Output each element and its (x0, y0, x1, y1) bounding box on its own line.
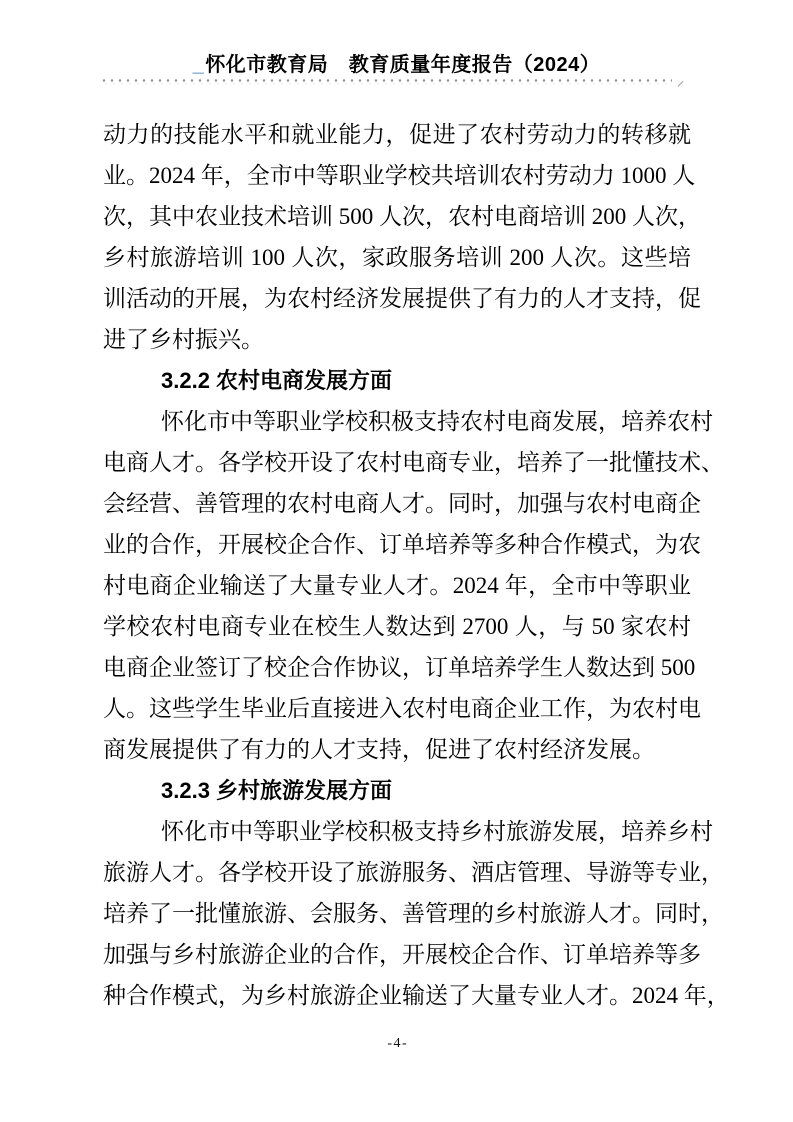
text-line: 进了乡村振兴。 (103, 319, 691, 360)
text-line: 学校农村电商专业在校生人数达到 2700 人，与 50 家农村 (103, 606, 691, 647)
page-number: - 4 - (387, 1036, 405, 1051)
header-underscore-mark: _ (193, 54, 205, 76)
body-paragraph: 动力的技能水平和就业能力，促进了农村劳动力的转移就业。2024 年，全市中等职业… (103, 114, 691, 360)
body-paragraph: 怀化市中等职业学校积极支持农村电商发展，培养农村电商人才。各学校开设了农村电商专… (103, 401, 691, 770)
body-paragraph: 怀化市中等职业学校积极支持乡村旅游发展，培养乡村旅游人才。各学校开设了旅游服务、… (103, 811, 691, 1016)
page-footer: - 4 - (0, 1036, 793, 1052)
text-line: 乡村旅游培训 100 人次，家政服务培训 200 人次。这些培 (103, 237, 691, 278)
section-heading: 3.2.2 农村电商发展方面 (103, 360, 691, 401)
text-line: 种合作模式，为乡村旅游企业输送了大量专业人才。2024 年， (103, 975, 691, 1016)
text-line: 怀化市中等职业学校积极支持乡村旅游发展，培养乡村 (103, 811, 691, 852)
section-heading: 3.2.3 乡村旅游发展方面 (103, 770, 691, 811)
text-line: 会经营、善管理的农村电商人才。同时，加强与农村电商企 (103, 483, 691, 524)
text-line: 电商企业签订了校企合作协议，订单培养学生人数达到 500 (103, 647, 691, 688)
page-header: _怀化市教育局 教育质量年度报告（2024） (0, 48, 793, 77)
text-line: 训活动的开展，为农村经济发展提供了有力的人才支持，促 (103, 278, 691, 319)
document-page: _怀化市教育局 教育质量年度报告（2024） 动力的技能水平和就业能力，促进了农… (0, 0, 793, 1122)
header-title: 怀化市教育局 教育质量年度报告（2024） (205, 54, 600, 76)
text-line: 培养了一批懂旅游、会服务、善管理的乡村旅游人才。同时， (103, 893, 691, 934)
text-line: 旅游人才。各学校开设了旅游服务、酒店管理、导游等专业， (103, 852, 691, 893)
text-line: 商发展提供了有力的人才支持，促进了农村经济发展。 (103, 729, 691, 770)
text-line: 怀化市中等职业学校积极支持农村电商发展，培养农村 (103, 401, 691, 442)
text-line: 业。2024 年，全市中等职业学校共培训农村劳动力 1000 人 (103, 155, 691, 196)
text-line: 业的合作，开展校企合作、订单培养等多种合作模式，为农 (103, 524, 691, 565)
header-dotted-divider (100, 77, 672, 84)
page-body: 动力的技能水平和就业能力，促进了农村劳动力的转移就业。2024 年，全市中等职业… (103, 114, 691, 1016)
text-line: 人。这些学生毕业后直接进入农村电商企业工作，为农村电 (103, 688, 691, 729)
header-divider-end-mark (673, 76, 684, 87)
text-line: 次，其中农业技术培训 500 人次，农村电商培训 200 人次， (103, 196, 691, 237)
text-line: 村电商企业输送了大量专业人才。2024 年，全市中等职业 (103, 565, 691, 606)
text-line: 电商人才。各学校开设了农村电商专业，培养了一批懂技术、 (103, 442, 691, 483)
text-line: 动力的技能水平和就业能力，促进了农村劳动力的转移就 (103, 114, 691, 155)
text-line: 加强与乡村旅游企业的合作，开展校企合作、订单培养等多 (103, 934, 691, 975)
